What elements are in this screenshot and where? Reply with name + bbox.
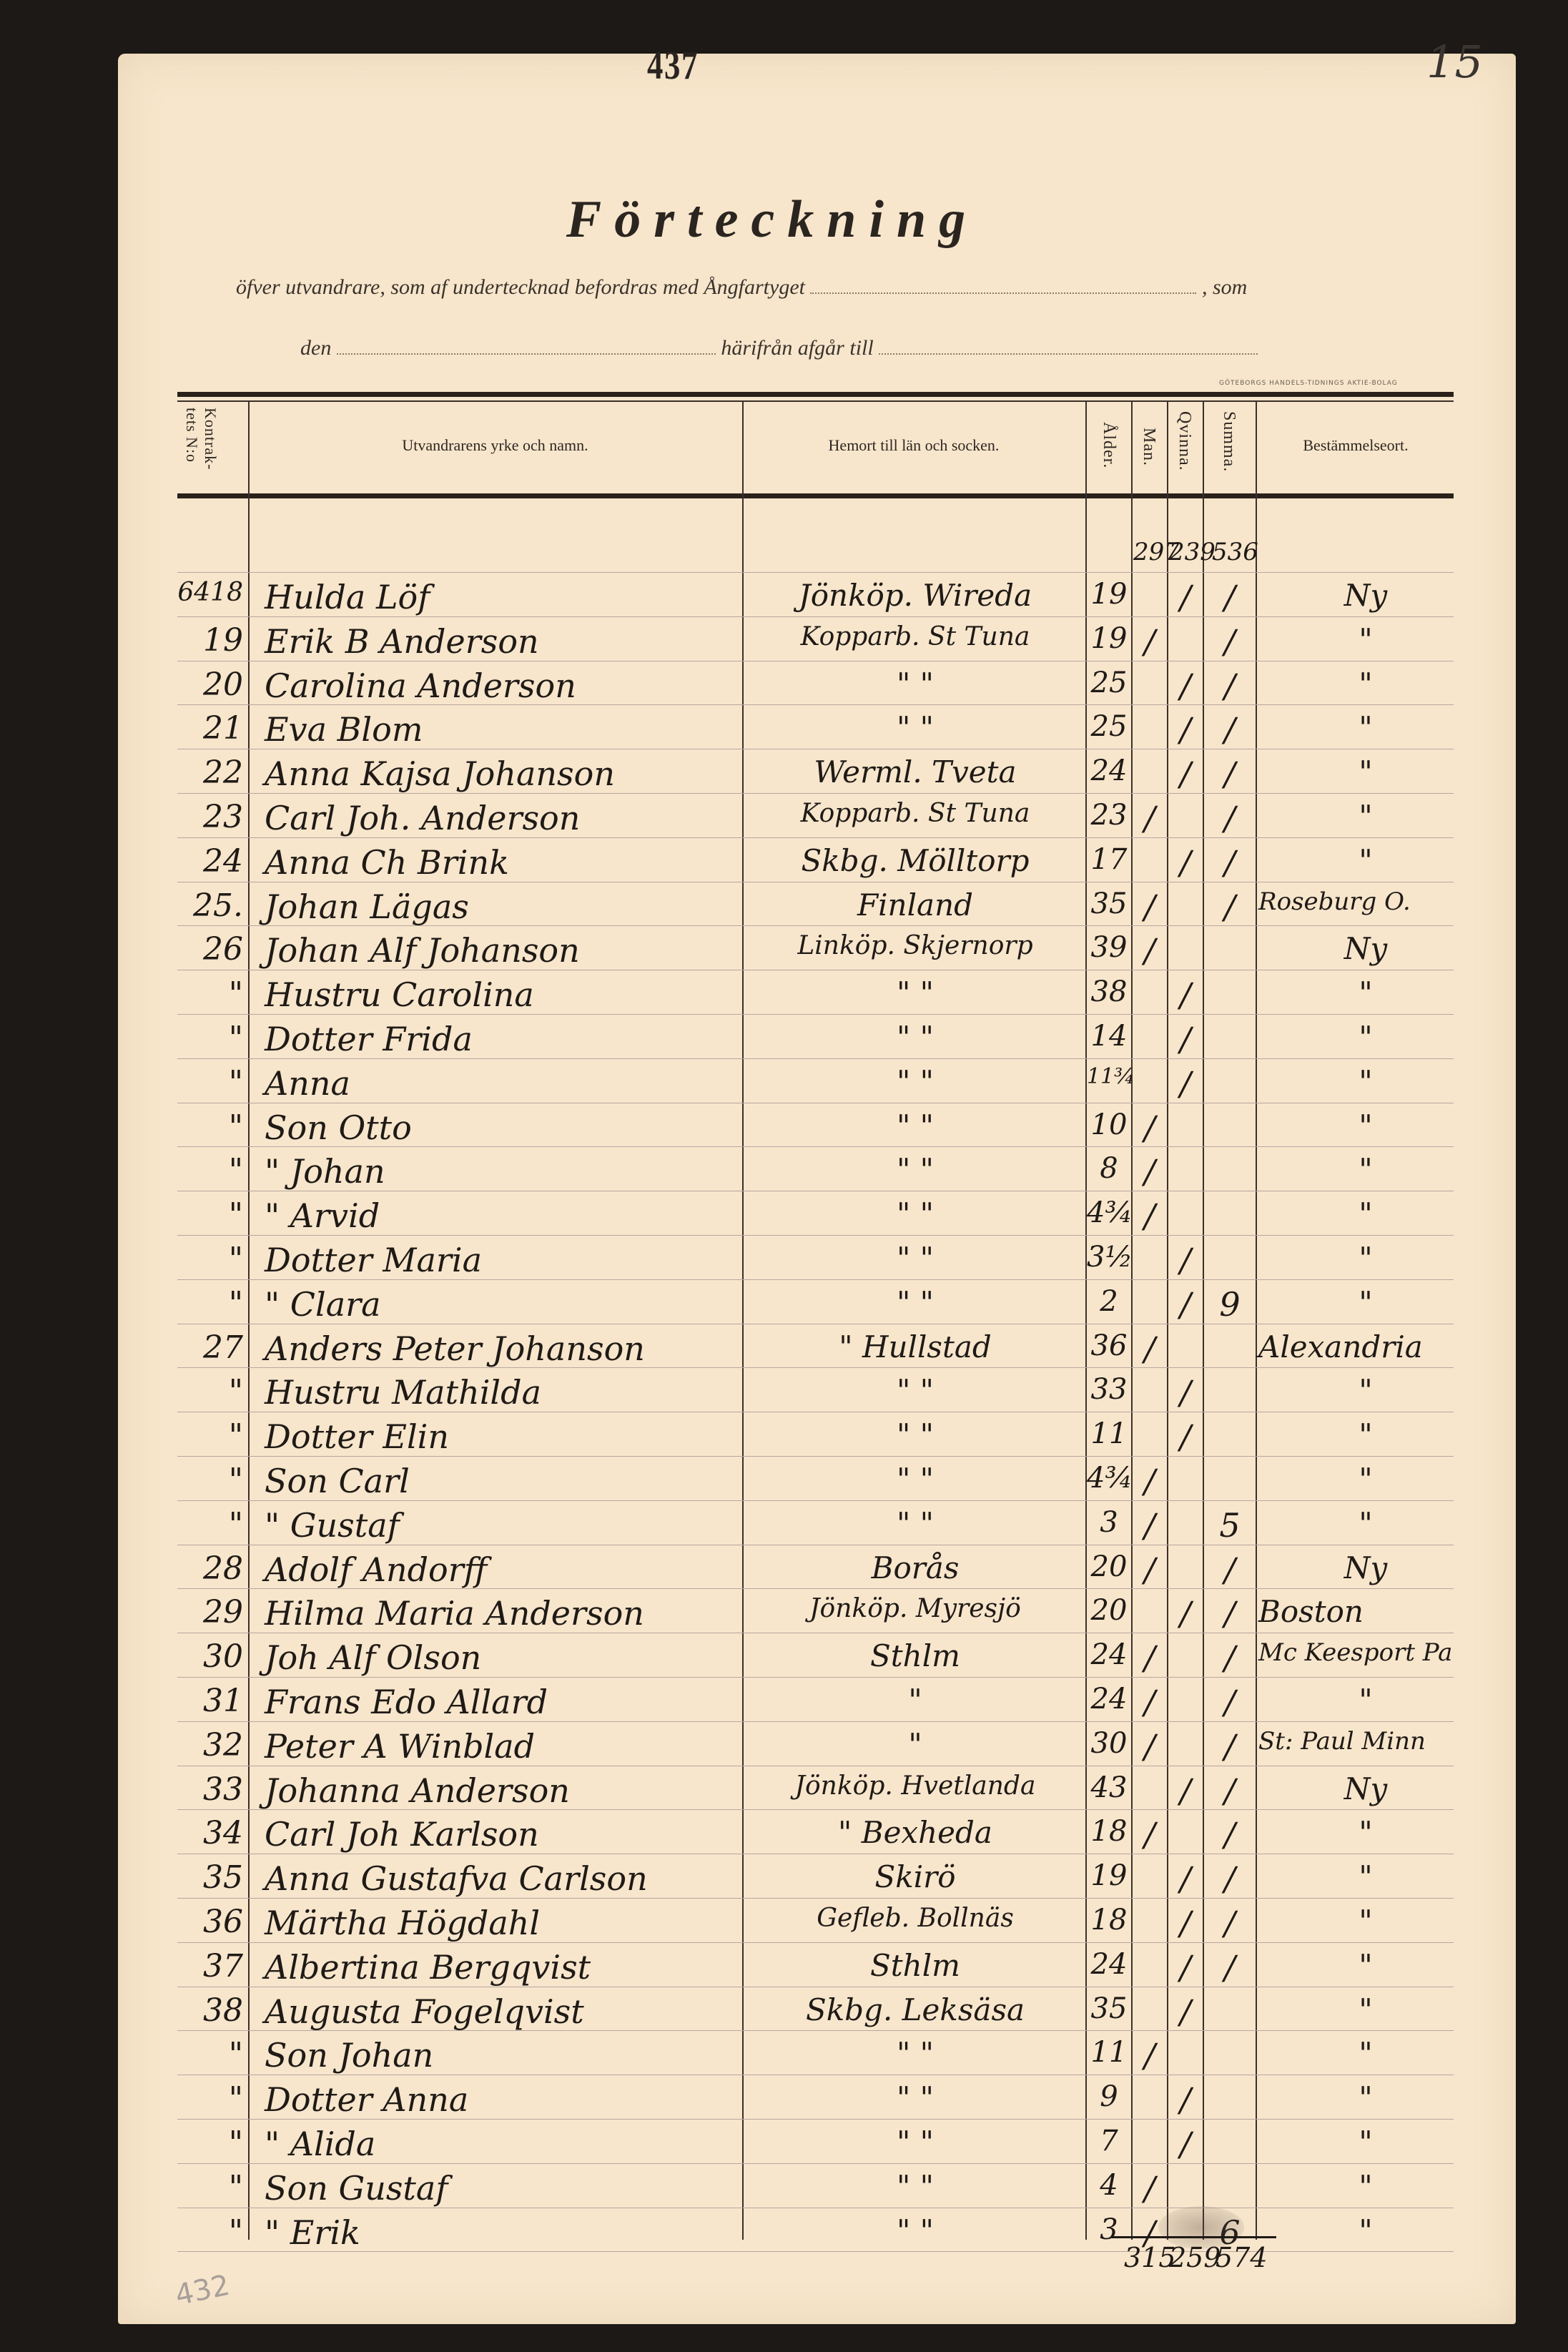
destination: " xyxy=(1258,754,1473,789)
sum-tick: / xyxy=(1204,1594,1256,1633)
header-bottom-rule xyxy=(177,493,1454,498)
sum-tick: / xyxy=(1204,1683,1256,1721)
contract-number: 24 xyxy=(175,843,243,880)
age: 25 xyxy=(1087,710,1131,743)
age: 7 xyxy=(1087,2125,1131,2157)
emigrant-name: Adolf Andorff xyxy=(265,1550,487,1589)
emigrant-name: Hustru Carolina xyxy=(265,975,534,1014)
destination: Mc Keesport Pa xyxy=(1258,1638,1473,1667)
home-parish: Kopparb. St Tuna xyxy=(747,799,1083,828)
row-rule xyxy=(177,1191,1454,1191)
woman-tick: / xyxy=(1168,1285,1203,1324)
woman-tick: / xyxy=(1168,1064,1203,1103)
contract-number: 36 xyxy=(175,1904,243,1940)
woman-tick: / xyxy=(1168,754,1203,793)
row-rule xyxy=(177,1324,1454,1324)
row-rule xyxy=(177,1721,1454,1722)
age: 4¾ xyxy=(1087,1196,1131,1229)
destination: " xyxy=(1258,666,1473,702)
home-parish: " Hullstad xyxy=(747,1329,1083,1364)
emigrant-name: Joh Alf Olson xyxy=(265,1638,481,1677)
emigrant-name: " Clara xyxy=(265,1285,381,1324)
emigrant-name: " Johan xyxy=(265,1152,385,1191)
row-rule xyxy=(177,1456,1454,1457)
home-parish: " " xyxy=(747,1373,1083,1408)
row-rule xyxy=(177,661,1454,661)
home-parish: Sthlm xyxy=(747,1948,1083,1983)
contract-number: 35 xyxy=(175,1859,243,1896)
col-divider-2 xyxy=(742,402,744,2240)
destination: " xyxy=(1258,1859,1473,1894)
contract-number: 30 xyxy=(175,1638,243,1675)
subtitle-line-1-prefix: öfver utvandrare, som af undertecknad be… xyxy=(236,275,805,299)
emigrant-name: Son Otto xyxy=(265,1108,412,1147)
destination: " xyxy=(1258,1020,1473,1055)
age: 35 xyxy=(1087,887,1131,920)
contract-number: 38 xyxy=(175,1992,243,2029)
row-rule xyxy=(177,1633,1454,1633)
emigrant-name: Anders Peter Johanson xyxy=(265,1329,645,1368)
total-sum: 574 xyxy=(1216,2242,1268,2273)
age: 9 xyxy=(1087,2080,1131,2113)
sum-tick: / xyxy=(1204,1948,1256,1987)
row-rule xyxy=(177,572,1454,573)
home-parish: " " xyxy=(747,2080,1083,2115)
man-tick: / xyxy=(1133,1683,1167,1721)
contract-number: 6418 xyxy=(175,578,243,607)
row-rule xyxy=(177,837,1454,838)
contract-number: " xyxy=(175,2169,243,2205)
page-number: 437 xyxy=(647,43,699,89)
home-parish: " " xyxy=(747,1241,1083,1276)
emigrant-name: Albertina Bergqvist xyxy=(265,1948,591,1987)
contract-number: 21 xyxy=(175,710,243,747)
destination: Ny xyxy=(1258,578,1473,613)
contract-number: 34 xyxy=(175,1815,243,1851)
contract-number: " xyxy=(175,2036,243,2072)
woman-tick: / xyxy=(1168,1904,1203,1942)
sum-tick: / xyxy=(1204,1727,1256,1766)
age: 19 xyxy=(1087,578,1131,611)
emigrant-name: Märtha Högdahl xyxy=(265,1904,540,1942)
emigrant-name: " Erik xyxy=(265,2213,360,2252)
home-parish: " " xyxy=(747,2213,1083,2248)
destination: " xyxy=(1258,1992,1473,2027)
row-rule xyxy=(177,1103,1454,1103)
sum-tick: / xyxy=(1204,1904,1256,1942)
contract-number: " xyxy=(175,1417,243,1454)
row-rule xyxy=(177,1809,1454,1810)
destination: Roseburg O. xyxy=(1258,887,1473,916)
subtitle-line-2-middle: härifrån afgår till xyxy=(721,336,873,360)
age: 4¾ xyxy=(1087,1462,1131,1495)
home-parish: " " xyxy=(747,1196,1083,1231)
header-age: Ålder. xyxy=(1099,422,1118,468)
age: 18 xyxy=(1087,1904,1131,1937)
header-contract-no: Kontrak-tets N:o xyxy=(182,408,220,486)
home-parish: " Bexheda xyxy=(747,1815,1083,1850)
emigrant-name: Johan Alf Johanson xyxy=(265,931,580,970)
age: 3 xyxy=(1087,1506,1131,1539)
destination: " xyxy=(1258,2125,1473,2160)
emigrant-name: Hustru Mathilda xyxy=(265,1373,541,1412)
emigrant-name: Johan Lägas xyxy=(265,887,469,926)
home-parish: " " xyxy=(747,1462,1083,1497)
row-rule xyxy=(177,1500,1454,1501)
contract-number: " xyxy=(175,1506,243,1542)
row-rule xyxy=(177,1279,1454,1280)
man-tick: / xyxy=(1133,931,1167,970)
age: 3 xyxy=(1087,2213,1131,2246)
emigrant-name: Eva Blom xyxy=(265,710,423,749)
contract-number: " xyxy=(175,975,243,1012)
emigrant-name: Son Johan xyxy=(265,2036,433,2075)
subtitle-line-1-suffix: , som xyxy=(1202,275,1247,299)
contract-number: 19 xyxy=(175,622,243,659)
header-home: Hemort till län och socken. xyxy=(742,436,1085,455)
age: 43 xyxy=(1087,1771,1131,1804)
emigrant-name: Hulda Löf xyxy=(265,578,430,616)
contract-number: " xyxy=(175,1108,243,1145)
destination: Ny xyxy=(1258,1771,1473,1806)
ship-name-field xyxy=(810,292,1196,294)
sum-tick: / xyxy=(1204,1815,1256,1854)
destination: " xyxy=(1258,1373,1473,1408)
age: 8 xyxy=(1087,1152,1131,1185)
destination: " xyxy=(1258,843,1473,878)
emigrant-name: Dotter Anna xyxy=(265,2080,468,2119)
age: 24 xyxy=(1087,1683,1131,1716)
row-rule xyxy=(177,616,1454,617)
home-parish: " " xyxy=(747,710,1083,745)
home-parish: Kopparb. St Tuna xyxy=(747,622,1083,651)
header-man: Man. xyxy=(1139,428,1158,466)
home-parish: Skirö xyxy=(747,1859,1083,1894)
sum-tick: / xyxy=(1204,754,1256,793)
emigrant-name: " Alida xyxy=(265,2125,375,2163)
woman-tick: / xyxy=(1168,710,1203,749)
destination: " xyxy=(1258,2213,1473,2248)
woman-tick: / xyxy=(1168,1859,1203,1898)
emigrant-name: Carl Joh Karlson xyxy=(265,1815,539,1854)
contract-number: 23 xyxy=(175,799,243,835)
sum-tick: / xyxy=(1204,1550,1256,1589)
row-rule xyxy=(177,1146,1454,1147)
man-tick: / xyxy=(1133,1329,1167,1368)
home-parish: " " xyxy=(747,975,1083,1010)
contract-number: " xyxy=(175,1020,243,1056)
contract-number: 37 xyxy=(175,1948,243,1984)
destination: " xyxy=(1258,1417,1473,1452)
contract-number: 29 xyxy=(175,1594,243,1630)
age: 11 xyxy=(1087,2036,1131,2069)
destination: " xyxy=(1258,2080,1473,2115)
col-divider-1 xyxy=(248,402,250,2240)
age: 14 xyxy=(1087,1020,1131,1053)
contract-number: 27 xyxy=(175,1329,243,1366)
emigrant-name: Peter A Winblad xyxy=(265,1727,535,1766)
age: 10 xyxy=(1087,1108,1131,1141)
home-parish: Skbg. Leksäsa xyxy=(747,1992,1083,2027)
home-parish: " " xyxy=(747,2169,1083,2204)
age: 11¾ xyxy=(1087,1064,1131,1089)
woman-tick: / xyxy=(1168,843,1203,882)
sum-tick: / xyxy=(1204,710,1256,749)
age: 20 xyxy=(1087,1550,1131,1583)
subtitle-line-2-prefix: den xyxy=(300,336,331,360)
home-parish: Borås xyxy=(747,1550,1083,1585)
row-rule xyxy=(177,1412,1454,1412)
man-tick: / xyxy=(1133,887,1167,926)
contract-number: 33 xyxy=(175,1771,243,1808)
home-parish: " " xyxy=(747,1020,1083,1055)
home-parish: Skbg. Mölltorp xyxy=(747,843,1083,878)
col-divider-7 xyxy=(1256,402,1257,2240)
woman-tick: / xyxy=(1168,666,1203,705)
row-rule xyxy=(177,1235,1454,1236)
row-rule xyxy=(177,1367,1454,1368)
destination: St: Paul Minn xyxy=(1258,1727,1473,1756)
header-destination: Bestämmelseort. xyxy=(1256,436,1456,455)
man-tick: / xyxy=(1133,2036,1167,2075)
destination: " xyxy=(1258,1152,1473,1187)
home-parish: Jönköp. Myresjö xyxy=(747,1594,1083,1623)
sum-tick: / xyxy=(1204,1771,1256,1810)
home-parish: Finland xyxy=(747,887,1083,922)
age: 33 xyxy=(1087,1373,1131,1406)
home-parish: " " xyxy=(747,1285,1083,1320)
row-rule xyxy=(177,2075,1454,2075)
header-woman: Qvinna. xyxy=(1175,411,1194,471)
emigrant-name: Anna xyxy=(265,1064,350,1103)
header-top-rule-thin xyxy=(177,400,1454,402)
destination: Boston xyxy=(1258,1594,1473,1629)
home-parish: " " xyxy=(747,1417,1083,1452)
subtitle-line-1: öfver utvandrare, som af undertecknad be… xyxy=(236,275,1247,300)
row-rule xyxy=(177,1766,1454,1766)
destination: " xyxy=(1258,1241,1473,1276)
emigrant-name: Son Carl xyxy=(265,1462,410,1500)
age: 35 xyxy=(1087,1992,1131,2025)
destination: " xyxy=(1258,1064,1473,1099)
contract-number: " xyxy=(175,1064,243,1101)
man-tick: / xyxy=(1133,1638,1167,1677)
handwritten-page-number: 15 xyxy=(1426,36,1483,88)
age: 17 xyxy=(1087,843,1131,876)
contract-number: 28 xyxy=(175,1550,243,1587)
home-parish: " " xyxy=(747,1152,1083,1187)
emigrant-name: Hilma Maria Anderson xyxy=(265,1594,644,1633)
destination: " xyxy=(1258,2169,1473,2204)
contract-number: " xyxy=(175,1152,243,1189)
row-rule xyxy=(177,2030,1454,2031)
date-field xyxy=(337,353,716,355)
destination: Ny xyxy=(1258,1550,1473,1585)
emigrant-name: Dotter Frida xyxy=(265,1020,473,1058)
contract-number: " xyxy=(175,1285,243,1322)
sum-tick: / xyxy=(1204,887,1256,926)
sum-tick: / xyxy=(1204,1638,1256,1677)
destination: " xyxy=(1258,710,1473,745)
row-rule xyxy=(177,793,1454,794)
destination: " xyxy=(1258,1108,1473,1143)
destination: Ny xyxy=(1258,931,1473,966)
contract-number: 25. xyxy=(175,887,243,924)
woman-tick: / xyxy=(1168,2080,1203,2119)
man-tick: / xyxy=(1133,1462,1167,1500)
man-tick: / xyxy=(1133,1550,1167,1589)
destination: " xyxy=(1258,1815,1473,1850)
total-woman: 259 xyxy=(1169,2242,1221,2273)
total-man: 315 xyxy=(1124,2242,1176,2273)
row-rule xyxy=(177,1854,1454,1854)
man-tick: / xyxy=(1133,1196,1167,1235)
age: 36 xyxy=(1087,1329,1131,1362)
sum-tick: / xyxy=(1204,843,1256,882)
row-rule xyxy=(177,2119,1454,2120)
subtitle-line-2: den härifrån afgår till xyxy=(300,336,1258,360)
emigrant-name: Carolina Anderson xyxy=(265,666,576,705)
home-parish: " " xyxy=(747,2036,1083,2071)
sum-tick: 5 xyxy=(1204,1506,1256,1545)
row-rule xyxy=(177,1677,1454,1678)
emigrant-name: Erik B Anderson xyxy=(265,622,539,661)
sum-tick: / xyxy=(1204,622,1256,661)
man-tick: / xyxy=(1133,1506,1167,1545)
destination: " xyxy=(1258,1196,1473,1231)
row-rule xyxy=(177,749,1454,749)
printer-imprint: GÖTEBORGS HANDELS-TIDNINGS AKTIE-BOLAG xyxy=(1219,380,1398,387)
home-parish: Jönköp. Hvetlanda xyxy=(747,1771,1083,1801)
home-parish: " " xyxy=(747,1108,1083,1143)
emigrant-name: Anna Kajsa Johanson xyxy=(265,754,615,793)
emigrant-name: Anna Gustafva Carlson xyxy=(265,1859,648,1898)
contract-number: 22 xyxy=(175,754,243,791)
destination: " xyxy=(1258,1285,1473,1320)
emigrant-name: Augusta Fogelqvist xyxy=(265,1992,584,2031)
home-parish: Werml. Tveta xyxy=(747,754,1083,789)
age: 23 xyxy=(1087,799,1131,832)
woman-tick: / xyxy=(1168,1948,1203,1987)
home-parish: " xyxy=(747,1683,1083,1718)
home-parish: " " xyxy=(747,1064,1083,1099)
man-tick: / xyxy=(1133,622,1167,661)
home-parish: Jönköp. Wireda xyxy=(747,578,1083,613)
age: 24 xyxy=(1087,1638,1131,1671)
destination: " xyxy=(1258,622,1473,657)
age: 11 xyxy=(1087,1417,1131,1450)
contract-number: " xyxy=(175,1196,243,1233)
age: 4 xyxy=(1087,2169,1131,2202)
man-tick: / xyxy=(1133,1108,1167,1147)
row-rule xyxy=(177,2208,1454,2208)
row-rule xyxy=(177,970,1454,970)
contract-number: 31 xyxy=(175,1683,243,1719)
home-parish: Linköp. Skjernorp xyxy=(747,931,1083,960)
sum-tick: / xyxy=(1204,799,1256,837)
header-sum: Summa. xyxy=(1219,411,1238,472)
row-rule xyxy=(177,1014,1454,1015)
emigrant-name: Frans Edo Allard xyxy=(265,1683,548,1721)
carried-sum-total: 536 xyxy=(1212,538,1258,566)
row-rule xyxy=(177,1058,1454,1059)
destination: " xyxy=(1258,1683,1473,1718)
destination: " xyxy=(1258,799,1473,834)
man-tick: / xyxy=(1133,1727,1167,1766)
woman-tick: / xyxy=(1168,1373,1203,1412)
contract-number: 20 xyxy=(175,666,243,703)
sum-tick: / xyxy=(1204,1859,1256,1898)
contract-number: 32 xyxy=(175,1727,243,1763)
age: 24 xyxy=(1087,754,1131,787)
woman-tick: / xyxy=(1168,1020,1203,1058)
age: 18 xyxy=(1087,1815,1131,1848)
destination-port-field xyxy=(879,353,1258,355)
contract-number: " xyxy=(175,2080,243,2117)
destination: " xyxy=(1258,1948,1473,1983)
contract-number: " xyxy=(175,1462,243,1498)
destination: " xyxy=(1258,1506,1473,1541)
woman-tick: / xyxy=(1168,1992,1203,2031)
form-title: Förteckning xyxy=(272,190,1273,250)
woman-tick: / xyxy=(1168,1417,1203,1456)
row-rule xyxy=(177,2163,1454,2164)
emigrant-name: Dotter Maria xyxy=(265,1241,482,1279)
destination: " xyxy=(1258,2036,1473,2071)
man-tick: / xyxy=(1133,2169,1167,2208)
contract-number: " xyxy=(175,1241,243,1277)
header-top-rule xyxy=(177,392,1454,397)
contract-number: " xyxy=(175,2213,243,2250)
totals-rule xyxy=(1112,2236,1276,2238)
sum-tick: 9 xyxy=(1204,1285,1256,1324)
woman-tick: / xyxy=(1168,2125,1203,2163)
row-rule xyxy=(177,1588,1454,1589)
header-name: Utvandrarens yrke och namn. xyxy=(248,436,742,455)
destination: " xyxy=(1258,975,1473,1010)
emigrant-name: Dotter Elin xyxy=(265,1417,449,1456)
row-rule xyxy=(177,1942,1454,1943)
sum-tick: / xyxy=(1204,578,1256,616)
emigrant-name: Son Gustaf xyxy=(265,2169,448,2208)
row-rule xyxy=(177,925,1454,926)
age: 19 xyxy=(1087,1859,1131,1892)
age: 19 xyxy=(1087,622,1131,655)
age: 20 xyxy=(1087,1594,1131,1627)
home-parish: " xyxy=(747,1727,1083,1762)
age: 3½ xyxy=(1087,1241,1131,1274)
home-parish: Sthlm xyxy=(747,1638,1083,1673)
emigrant-name: Johanna Anderson xyxy=(265,1771,570,1810)
emigrant-name: " Gustaf xyxy=(265,1506,400,1545)
man-tick: / xyxy=(1133,799,1167,837)
row-rule xyxy=(177,882,1454,882)
carried-woman-total: 239 xyxy=(1169,538,1216,566)
age: 39 xyxy=(1087,931,1131,964)
home-parish: " " xyxy=(747,1506,1083,1541)
col-divider-4 xyxy=(1131,402,1133,2240)
home-parish: " " xyxy=(747,2125,1083,2160)
age: 30 xyxy=(1087,1727,1131,1760)
woman-tick: / xyxy=(1168,1771,1203,1810)
man-tick: / xyxy=(1133,1152,1167,1191)
row-rule xyxy=(177,704,1454,705)
contract-number: " xyxy=(175,2125,243,2161)
destination: " xyxy=(1258,1904,1473,1939)
sum-tick: / xyxy=(1204,666,1256,705)
emigrant-name: " Arvid xyxy=(265,1196,380,1235)
destination: " xyxy=(1258,1462,1473,1497)
